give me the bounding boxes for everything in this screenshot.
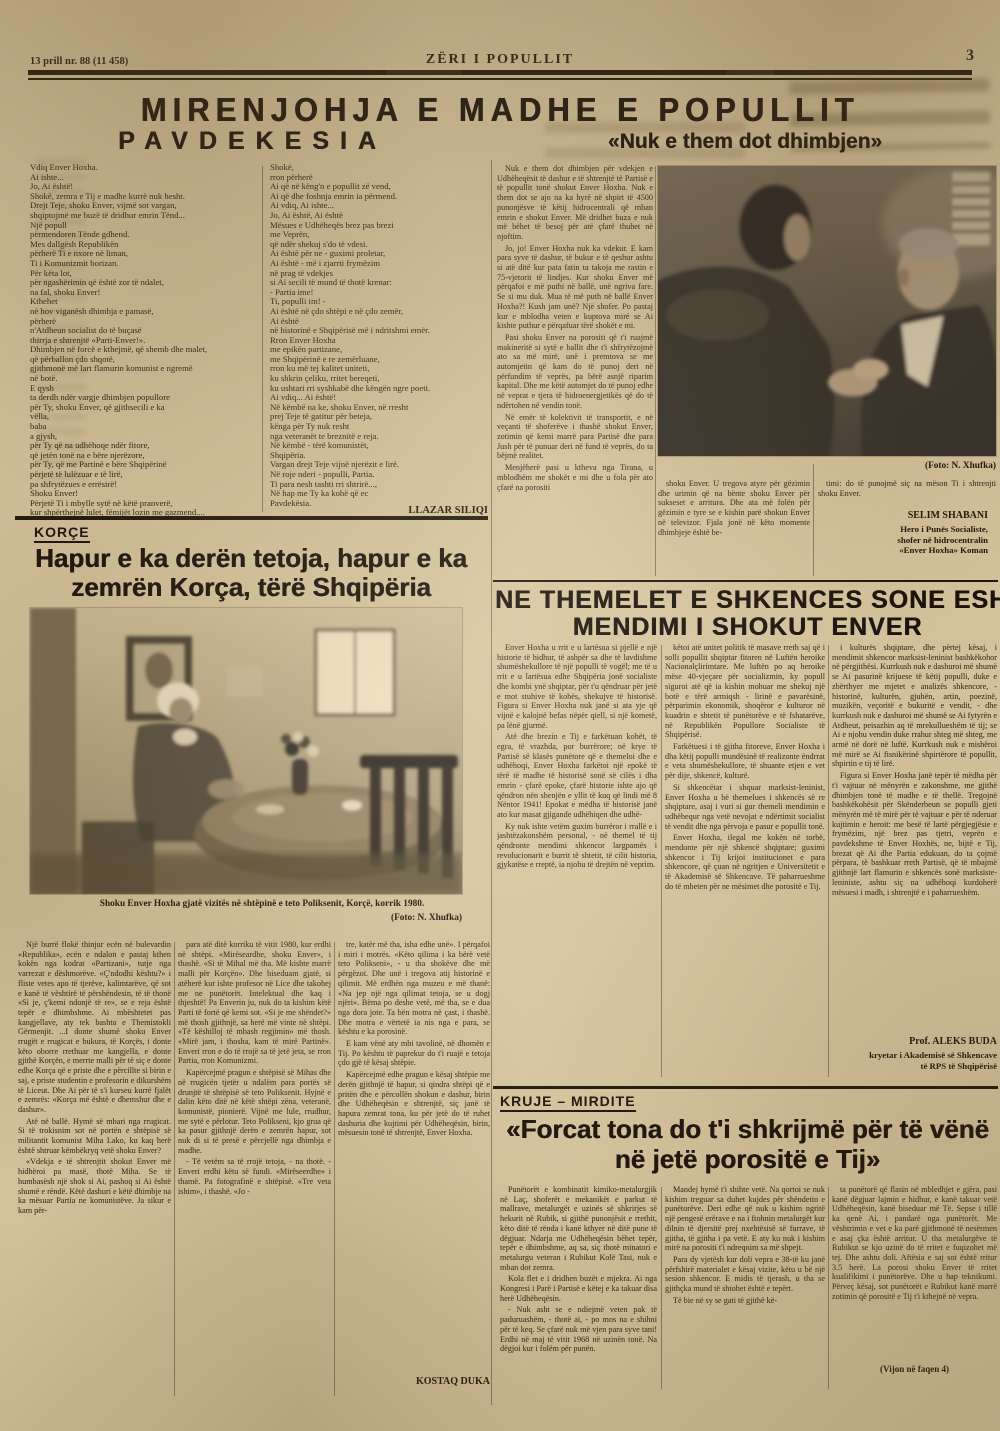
poem-line: ku ushtari rri syshkabë dhe këngën ngre … <box>270 384 490 394</box>
poem-line: Ai është - më i zjarrti frymëzim <box>270 259 490 269</box>
paragraph: Një burrë flokë thinjur ecën në bulevard… <box>18 940 171 1115</box>
poem-line: Mësues e Udhëheqës brez pas brezi <box>270 221 490 231</box>
poem-title: PAVDEKESIA <box>118 127 387 156</box>
korca-headline-line-1: Hapur e ka derën tetoja, hapur e ka <box>20 543 482 574</box>
poem-line: n'Atdheun socialist do të buçasë <box>30 326 262 336</box>
poem-line: na fal, shoku Enver! <box>30 288 262 298</box>
korca-byline: KOSTAQ DUKA <box>338 1376 490 1387</box>
byline-title-line: shofer në hidrocentralin <box>818 535 988 546</box>
poem-line: Ai është në çdo shtëpi e në çdo zemër, <box>270 307 490 317</box>
poem-line: për Ty që na udhëhoqe ndër fitore, <box>30 441 262 451</box>
byline-title-line: Hero i Punës Socialiste, <box>818 524 988 535</box>
paragraph: Figura si Enver Hoxha janë tepër të mëdh… <box>832 771 997 897</box>
column-rule <box>661 645 662 1077</box>
korca-kicker-wrap: KORÇE <box>34 524 90 543</box>
paragraph: para atë ditë korriku të vitit 1980, kur… <box>178 940 331 1066</box>
grief-byline-title: Hero i Punës Socialiste,shofer në hidroc… <box>818 524 988 556</box>
korca-column-3: tre, katër më tha, isha edhe unë». I për… <box>338 940 490 1370</box>
divider-poem-korca <box>15 516 488 520</box>
korca-column-1: Një burrë flokë thinjur ecën në bulevard… <box>18 940 171 1398</box>
korca-photo-credit: (Foto: N. Xhufka) <box>62 913 462 924</box>
paragraph: Të bie në sy se gati të gjithë kë- <box>665 1296 825 1306</box>
korca-column-2: para atë ditë korriku të vitit 1980, kur… <box>178 940 331 1398</box>
poem-line: me Shqipërinë e re zemërluane, <box>270 355 490 365</box>
poem-column-2: Shokë,rron përherëAi që në këng'n e popu… <box>270 163 490 517</box>
korca-headline-line-2: zemrën Korça, tërë Shqipëria <box>20 572 482 603</box>
paragraph: «Vdekja e të shtrenjtit shokut Enver më … <box>18 1157 171 1215</box>
poem-line: Ai që dhe foshnja emrin ia përmend. <box>270 192 490 202</box>
paragraph: i kulturës shqiptare, dhe përtej kësaj, … <box>832 643 997 769</box>
poem-line: - Partia ime! <box>270 288 490 298</box>
poem-line: Në roje nderi - populli, Partia. <box>270 470 490 480</box>
poem-line: Jo, Ai është! <box>30 182 262 192</box>
poem-line: Vdiq Enver Hoxha. <box>30 163 262 173</box>
paragraph: - Nuk asht se e ndiejmë veten pak të pad… <box>500 1305 657 1354</box>
kruja-column-1: Punëtorët e kombinatit kimiko-metalurgji… <box>500 1185 657 1391</box>
poem-line: që përballon çdo shqotë, <box>30 355 262 365</box>
poem-line: gjithmonë më lart flamurin komunist e ng… <box>30 364 262 374</box>
korca-kicker: KORÇE <box>34 524 90 543</box>
poem-column-1: Vdiq Enver Hoxha.Ai ishte...Jo, Ai është… <box>30 163 262 517</box>
poem-line: a gjysh, <box>30 432 262 442</box>
poem-line: Shoku Enver! <box>30 489 262 499</box>
poem-line: rron përherë <box>270 173 490 183</box>
page-center-rule <box>491 160 492 1405</box>
poem-line: Jo, Ai është, Ai është <box>270 211 490 221</box>
poem-line: Mes dallgësh Republikën <box>30 240 262 250</box>
grief-byline: SELIM SHABANI <box>818 510 988 521</box>
poem-line: Shokë, zemra e Tij e madhe kurrë nuk hes… <box>30 192 262 202</box>
paragraph: timi: do të punojmë siç na mëson Ti i sh… <box>818 479 996 498</box>
column-rule <box>828 645 829 1077</box>
poem-line: në hov viganësh dhimbja e pamasë, <box>30 307 262 317</box>
poem-line: Vargan drejt Teje vijnë njerëzit e lirë. <box>270 460 490 470</box>
poem-line: pa shfrytëzues e errësirë! <box>30 480 262 490</box>
poem-line: baba <box>30 422 262 432</box>
poem-line: ku shkrin çeliku, rritet bereqeti, <box>270 374 490 384</box>
kruja-column-2: Mandej hymë t'i shihte vetë. Na qortoi s… <box>665 1185 825 1391</box>
poem-line: Ti, populli im! - <box>270 297 490 307</box>
byline-title-line: «Enver Hoxha» Koman <box>818 545 988 556</box>
poem-line: me epikën partizane, <box>270 345 490 355</box>
kruja-column-3: ta punëtorë që flasin në mbledhjet e gjë… <box>832 1185 997 1357</box>
poem-line: në prag të vdekjes <box>270 269 490 279</box>
kruja-headline-line-2: në jetë porositë e Tij» <box>495 1144 1000 1175</box>
poem-line: Drejt Teje, shoku Enver, vijmë sot varga… <box>30 201 262 211</box>
poem-line: Ai ishte... <box>30 173 262 183</box>
poem-line: Ai vdiq... Ai është! <box>270 393 490 403</box>
poem-line: vëlla, <box>30 412 262 422</box>
science-headline-line-2: MENDIMI I SHOKUT ENVER <box>495 613 1000 642</box>
paragraph: shoku Enver. U tregova atyre për gëzimin… <box>658 479 810 537</box>
korca-photo <box>30 608 462 894</box>
paragraph: Atë dhe brezin e Tij e farkëtuan kohët, … <box>497 732 657 819</box>
science-headline-line-1: NE THEMELET E SHKENCES SONE ESHTE <box>495 586 1000 615</box>
paragraph: Punëtorët e kombinatit kimiko-metalurgji… <box>500 1185 657 1272</box>
paragraph: Enver Hoxha, ilegal me kokën në torbë, m… <box>665 833 825 891</box>
poem-line: Ai vdiq, Ai ishte... <box>270 201 490 211</box>
poem-line: me Veprën, <box>270 230 490 240</box>
kruja-kicker-wrap: KRUJE – MIRDITE <box>500 1093 636 1112</box>
poem-line: Ai që në këng'n e popullit zë vend, <box>270 182 490 192</box>
poem-line: ta derdh ndër vargje dhimbjen popullore <box>30 393 262 403</box>
header-rule-thick <box>28 70 972 75</box>
poem-line: Shqipëria. <box>270 451 490 461</box>
paragraph: Para dy vjetësh kur doli vepra e 38-të k… <box>665 1255 825 1294</box>
korca-photo-caption: Shoku Enver Hoxha gjatë vizitës në shtëp… <box>62 899 462 910</box>
paragraph: Nuk e them dot dhimbjen për vdekjen e Ud… <box>497 164 653 242</box>
poem-line: Në hap me Ty ka kohë që ec <box>270 489 490 499</box>
poem-line: shqiptojmë me buzë të dridhur emrin Tënd… <box>30 211 262 221</box>
science-column-1: Enver Hoxha u rrit e u lartësua si pjell… <box>497 643 657 1079</box>
poem-line: në botë. <box>30 374 262 384</box>
column-rule <box>334 942 335 1396</box>
column-rule <box>174 942 175 1396</box>
paragraph: Kola flet e i dridhen buzët e mjekra. Ai… <box>500 1274 657 1303</box>
poem-line: Rron Enver Hoxha <box>270 336 490 346</box>
poem-line: Ai është për ne - guximi proletar, <box>270 249 490 259</box>
poem-line: Një popull <box>30 221 262 231</box>
newspaper-page: 13 prill nr. 88 (11 458) ZËRI I POPULLIT… <box>0 0 1000 1431</box>
poem-line: për Ty, që me Partinë e bëre Shqipërinë <box>30 460 262 470</box>
paragraph: E kam vënë aty mbi tavolinë, në dhomën e… <box>338 1039 490 1068</box>
grief-headline: «Nuk e them dot dhimbjen» <box>545 130 945 154</box>
paragraph: Kapërcejmë edhe pragun e kësaj shtëpie m… <box>338 1070 490 1138</box>
poem-line: Shokë, <box>270 163 490 173</box>
paragraph: Atë në ballë. Hymë së mbari nga rrugicat… <box>18 1117 171 1156</box>
poem-line: përherë <box>30 317 262 327</box>
paragraph: Ky nuk ishte vetëm guxim burrëror i rral… <box>497 822 657 871</box>
paragraph: - Të vetëm sa të rrojë tetoja, - na thot… <box>178 1157 331 1196</box>
paragraph: Në emër të kolektivit të transportit, e … <box>497 413 653 462</box>
poem-line: si Ai secili të mund të thotë krenar: <box>270 278 490 288</box>
science-byline-title: kryetar i Akademisë së Shkencavetë RPS t… <box>832 1050 997 1071</box>
science-column-3: i kulturës shqiptare, dhe përtej kësaj, … <box>832 643 997 1025</box>
poem-line: Ai është <box>270 317 490 327</box>
paragraph: Enver Hoxha u rrit e u lartësua si pjell… <box>497 643 657 730</box>
byline-title-line: kryetar i Akademisë së Shkencave <box>832 1050 997 1061</box>
poem-line: E qysh <box>30 384 262 394</box>
column-rule <box>262 166 263 512</box>
masthead-title: ZËRI I POPULLIT <box>0 52 1000 68</box>
poem-line: që ndër shekuj s'do të vdesi. <box>270 240 490 250</box>
page-number: 3 <box>966 47 974 65</box>
paragraph: ta punëtorë që flasin në mbledhjet e gjë… <box>832 1185 997 1301</box>
paragraph: tre, katër më tha, isha edhe unë». I për… <box>338 940 490 1037</box>
poem-line: përmendoren Tënde gdhend. <box>30 230 262 240</box>
poem-line: përjetë të lulëzuar e të lirë, <box>30 470 262 480</box>
continuation-note: (Vijon në faqen 4) <box>832 1364 997 1375</box>
column-rule <box>828 1187 829 1389</box>
poem-line: Dhimbjen në forcë e kthejmë, që shemb dh… <box>30 345 262 355</box>
poem-line: përherë Ti e nxore në liman, <box>30 249 262 259</box>
poem-line: që jetën tonë na e bëre njerëzore, <box>30 451 262 461</box>
poem-line: Ti i Komunizmit borizan. <box>30 259 262 269</box>
poem-line: Në këmbë - tërë komunistët, <box>270 441 490 451</box>
poem-line: në historinë e Shqipërisë më i ndritshmi… <box>270 326 490 336</box>
paragraph: Kapërcejmë pragun e shtëpisë së Mihas dh… <box>178 1068 331 1155</box>
paragraph: Si shkencëtar i shquar marksist-leninist… <box>665 783 825 832</box>
poem-line: rron ku më tej kalitet uniteti, <box>270 364 490 374</box>
divider-grief-science <box>493 580 998 582</box>
poem-line: Për këta lot, <box>30 269 262 279</box>
main-headline: MIRENJOHJA E MADHE E POPULLIT <box>60 91 940 130</box>
poem-line: nga veteranët te breznitë e reja. <box>270 432 490 442</box>
poem-byline: LLAZAR SILIQI <box>300 505 488 516</box>
column-rule <box>813 464 814 576</box>
poem-line: thirrja e shtrenjtë «Parti-Enver!». <box>30 336 262 346</box>
flag <box>952 172 990 245</box>
column-rule <box>655 166 656 576</box>
kruja-headline-line-1: «Forcat tona do t'i shkrijmë për të vënë <box>495 1114 1000 1145</box>
science-column-2: këtoi atë unitet politik të masave rreth… <box>665 643 825 1079</box>
poem-line: Ti para nesh tashti rri shtrirë..., <box>270 480 490 490</box>
column-rule <box>661 1187 662 1389</box>
paragraph: Jo, jo! Enver Hoxha nuk ka vdekur. E kam… <box>497 244 653 331</box>
grief-photo-credit: (Foto: N. Xhufka) <box>658 461 996 472</box>
header-rule-thin <box>28 78 972 80</box>
kruja-kicker: KRUJE – MIRDITE <box>500 1093 636 1112</box>
poem-line: kënga për Ty nuk resht <box>270 422 490 432</box>
grief-article-column-2: shoku Enver. U tregova atyre për gëzimin… <box>658 479 810 577</box>
paragraph: Pasi shoku Enver na porositi që t'i ruaj… <box>497 333 653 411</box>
paragraph: këtoi atë unitet politik të masave rreth… <box>665 643 825 740</box>
paragraph: Mandej hymë t'i shihte vetë. Na qortoi s… <box>665 1185 825 1253</box>
divider-science-kruja <box>493 1086 998 1089</box>
paragraph: Farkëtuesi i të gjitha fitoreve, Enver H… <box>665 742 825 781</box>
grief-article-column-1: Nuk e them dot dhimbjen për vdekjen e Ud… <box>497 164 653 578</box>
poem-line: për Ty, shoku Enver, që gjithsecili e ka <box>30 403 262 413</box>
poem-line: Përjetë Ti i mbylle sytë në këtë pranver… <box>30 499 262 509</box>
grief-photo <box>658 166 996 456</box>
poem-line: Në këmbë na ke, shoku Enver, në rresht <box>270 403 490 413</box>
poem-line: prej Teje të gatitur për beteja, <box>270 412 490 422</box>
byline-title-line: të RPS të Shqipërisë <box>832 1061 997 1072</box>
poem-line: për ngashërimin që është zor të ndalet, <box>30 278 262 288</box>
poem-line: Kthehet <box>30 297 262 307</box>
science-byline: Prof. ALEKS BUDA <box>832 1036 997 1047</box>
paragraph: Menjëherë pasi u ktheva nga Tirana, u mb… <box>497 463 653 492</box>
